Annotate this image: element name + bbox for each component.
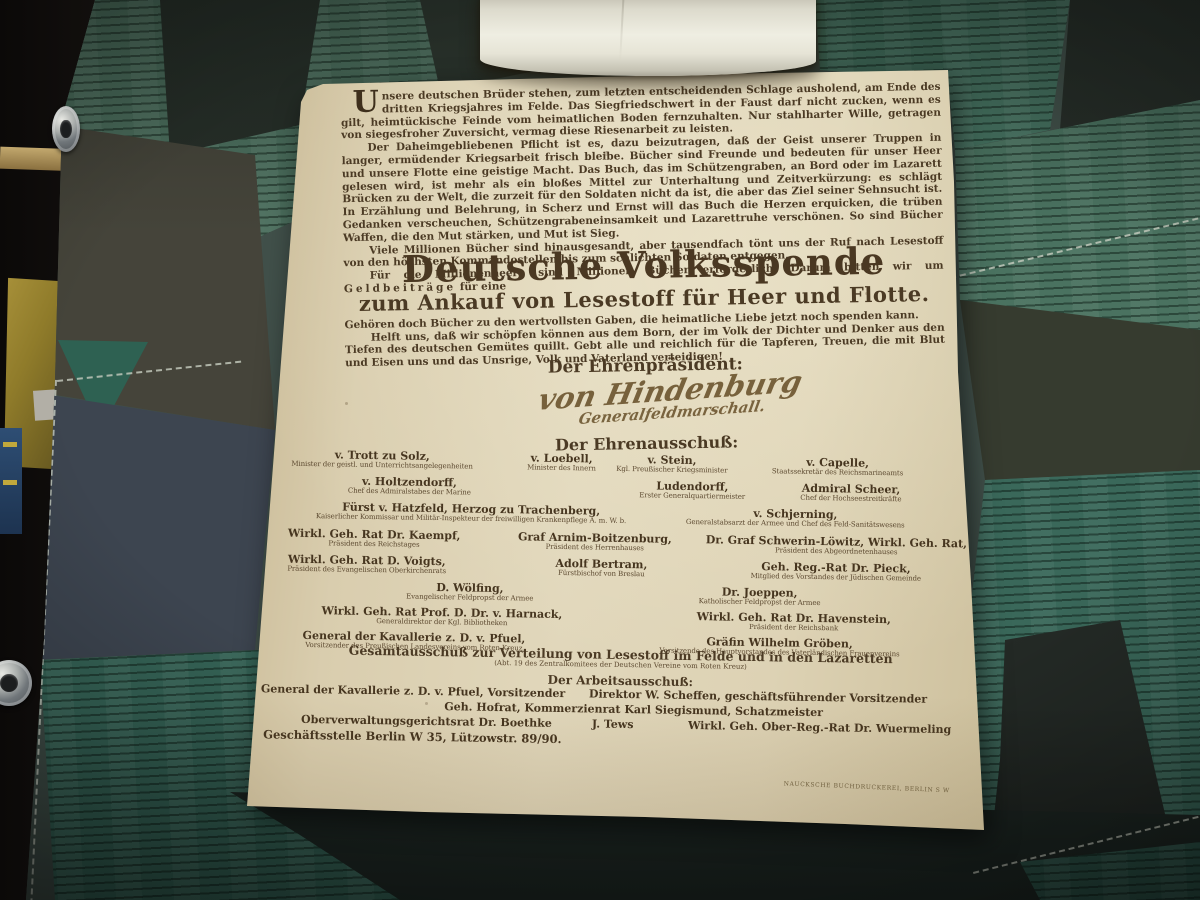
- photo-scene: Aufruf! Unsere deutschen Brüder stehen, …: [0, 0, 1200, 900]
- committee-member: v. Holtzendorff,Chef des Admiralstabes d…: [348, 476, 471, 497]
- metal-grommet: [52, 106, 80, 152]
- committee-member: Adolf Bertram,Fürstbischof von Breslau: [555, 558, 647, 578]
- committee-member: v. Schjerning,Generalstabsarzt der Armee…: [686, 507, 905, 529]
- poster-sheet-wrap: Aufruf! Unsere deutschen Brüder stehen, …: [245, 62, 985, 836]
- committee-member: Wirkl. Geh. Rat Dr. Kaempf,Präsident des…: [288, 528, 461, 550]
- committee-member: Admiral Scheer,Chef der Hochseestreitkrä…: [800, 483, 901, 504]
- working-member: J. Tews: [592, 717, 634, 731]
- printer-imprint: NAUCKSCHE BUCHDRUCKEREI, BERLIN S W: [783, 780, 949, 794]
- honor-committee-list: v. Trott zu Solz,Minister der geistl. un…: [276, 449, 969, 672]
- blue-box: [0, 428, 22, 534]
- intro-paragraph-2: Der Daheimgebliebenen Pflicht ist es, da…: [341, 132, 943, 245]
- committee-member: Graf Arnim-Boitzenburg,Präsident des Her…: [518, 531, 672, 552]
- committee-member: v. Capelle,Staatssekretär des Reichsmari…: [772, 456, 904, 477]
- yellow-mark: [3, 442, 17, 447]
- drop-cap: U: [352, 91, 379, 115]
- working-member: Oberverwaltungsgerichtsrat Dr. Boethke: [301, 713, 552, 730]
- committee-member: Dr. Joeppen,Katholischer Feldpropst der …: [699, 586, 821, 607]
- committee-member: v. Trott zu Solz,Minister der geistl. un…: [291, 449, 473, 471]
- committee-member: Wirkl. Geh. Rat D. Voigts,Präsident des …: [287, 554, 446, 575]
- working-member: Wirkl. Geh. Ober-Reg.-Rat Dr. Wuermeling: [688, 719, 951, 736]
- committee-member: Wirkl. Geh. Rat Prof. D. Dr. v. Harnack,…: [321, 605, 562, 628]
- committee-member: v. Stein,Kgl. Preußischer Kriegsminister: [616, 454, 728, 475]
- committee-member: D. Wölfing,Evangelischer Feldpropst der …: [406, 582, 533, 603]
- committee-member: Wirkl. Geh. Rat Dr. Havenstein,Präsident…: [696, 611, 891, 633]
- rolled-paper: [480, 0, 816, 76]
- age-specks: [245, 62, 248, 65]
- committee-member: Dr. Graf Schwerin-Löwitz, Wirkl. Geh. Ra…: [706, 534, 968, 557]
- yellow-mark: [3, 480, 17, 485]
- committee-member: Fürst v. Hatzfeld, Herzog zu Trachenberg…: [316, 501, 627, 525]
- committee-member: Ludendorff,Erster Generalquartiermeister: [639, 480, 745, 501]
- committee-member: Geh. Reg.-Rat Dr. Pieck,Mitglied des Vor…: [751, 561, 922, 583]
- committee-member: v. Loebell,Minister des Innern: [527, 452, 596, 472]
- office-address: Geschäftsstelle Berlin W 35, Lützowstr. …: [263, 727, 562, 746]
- poster-sheet: Aufruf! Unsere deutschen Brüder stehen, …: [245, 62, 985, 836]
